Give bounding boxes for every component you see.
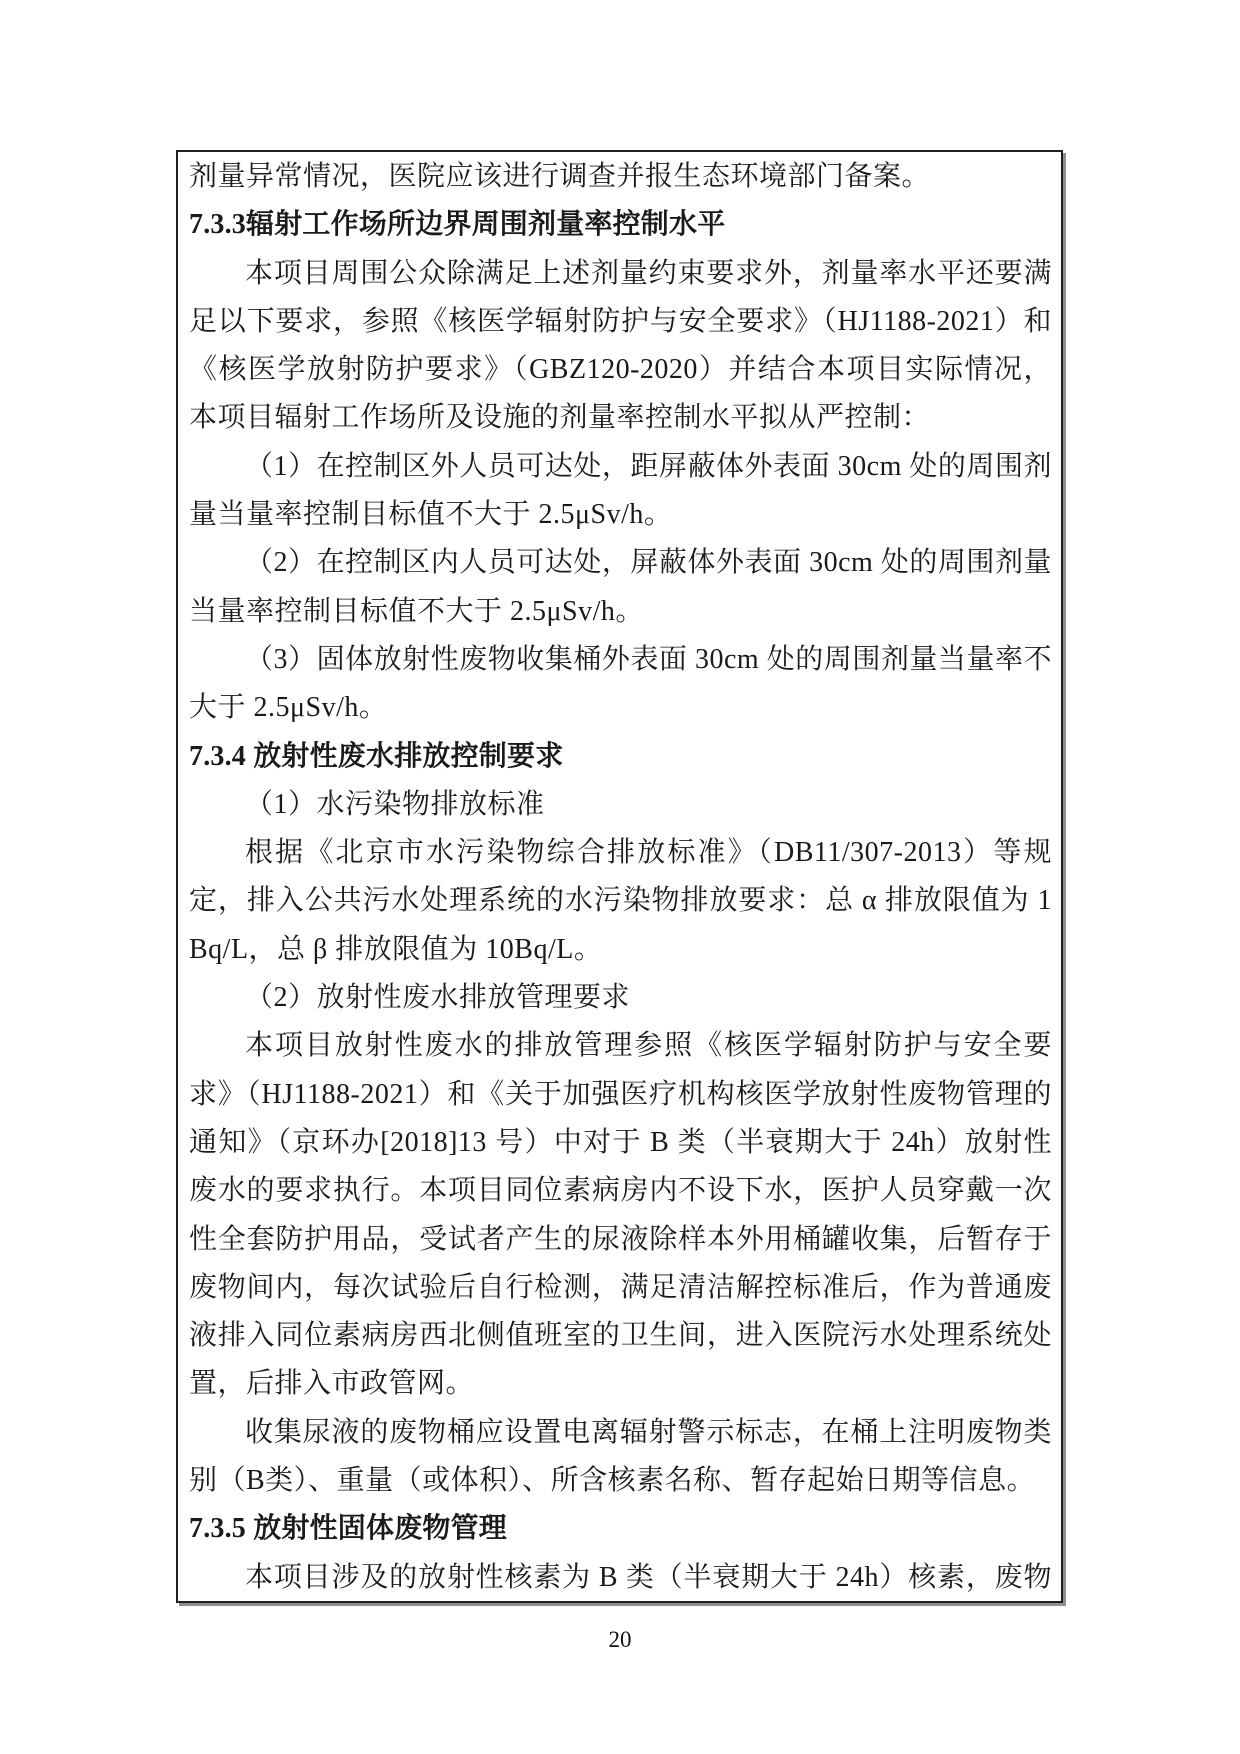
paragraph-water-pollutant-standard-title: （1）水污染物排放标准: [189, 781, 1052, 829]
section-heading-7-3-3: 7.3.3辐射工作场所边界周围剂量率控制水平: [189, 201, 1052, 249]
paragraph-item-2-inside-control-area: （2）在控制区内人员可达处，屏蔽体外表面 30cm 处的周围剂量当量率控制目标值…: [189, 539, 1052, 636]
section-heading-7-3-5: 7.3.5 放射性固体废物管理: [189, 1505, 1052, 1553]
report-table-cell: 剂量异常情况，医院应该进行调查并报生态环境部门备案。 7.3.3辐射工作场所边界…: [176, 150, 1063, 1603]
paragraph-item-1-outside-control-area: （1）在控制区外人员可达处，距屏蔽体外表面 30cm 处的周围剂量当量率控制目标…: [189, 443, 1052, 540]
paragraph-wastewater-management-detail: 本项目放射性废水的排放管理参照《核医学辐射防护与安全要求》（HJ1188-202…: [189, 1022, 1052, 1408]
paragraph-carryover: 剂量异常情况，医院应该进行调查并报生态环境部门备案。: [189, 153, 1052, 201]
paragraph-solid-waste-intro: 本项目涉及的放射性核素为 B 类（半衰期大于 24h）核素，废物包含药物包装盒，…: [189, 1554, 1052, 1603]
document-page: 剂量异常情况，医院应该进行调查并报生态环境部门备案。 7.3.3辐射工作场所边界…: [0, 0, 1240, 1754]
paragraph-water-pollutant-limits: 根据《北京市水污染物综合排放标准》（DB11/307-2013）等规定，排入公共…: [189, 829, 1052, 974]
paragraph-urine-waste-bin-labeling: 收集尿液的废物桶应设置电离辐射警示标志，在桶上注明废物类别（B类）、重量（或体积…: [189, 1409, 1052, 1506]
paragraph-item-3-solid-waste-bin: （3）固体放射性废物收集桶外表面 30cm 处的周围剂量当量率不大于 2.5μS…: [189, 636, 1052, 733]
paragraph-wastewater-management-title: （2）放射性废水排放管理要求: [189, 974, 1052, 1022]
section-heading-7-3-4: 7.3.4 放射性废水排放控制要求: [189, 733, 1052, 781]
page-number: 20: [0, 1626, 1240, 1654]
paragraph-dose-rate-intro: 本项目周围公众除满足上述剂量约束要求外，剂量率水平还要满足以下要求，参照《核医学…: [189, 250, 1052, 443]
